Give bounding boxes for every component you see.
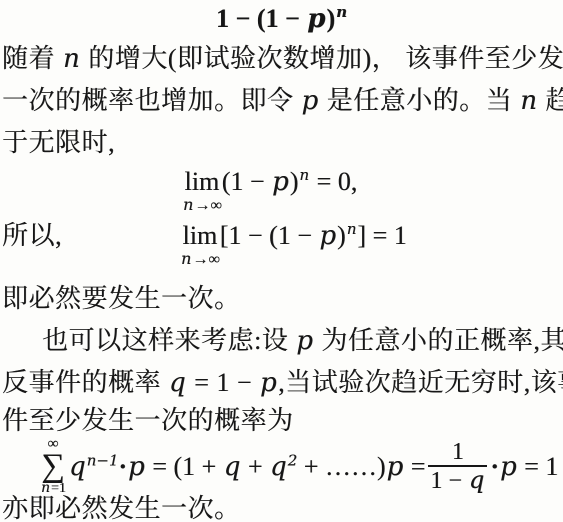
text: 也可以这样来考虑:设 [42, 326, 295, 355]
variable-q: q [68, 452, 87, 482]
text: 随着 [2, 44, 62, 73]
variable-n: n [182, 195, 194, 214]
formula-text: ) [337, 221, 346, 250]
formula-text: = 1 − [187, 368, 259, 397]
fraction: 11 − q [428, 440, 487, 494]
para1-line1: 随着 n 的增大(即试验次数增加)， 该事件至少发生 [2, 38, 562, 80]
limit-body: (1 − p)n = 0, [222, 167, 358, 197]
para1-line2: 一次的概率也增加。即令 p 是任意小的。当 n 趋近 [2, 80, 562, 122]
scanned-book-page: 1 − (1 − p)n 随着 n 的增大(即试验次数增加)， 该事件至少发生 … [0, 0, 563, 522]
formula-text: + ……) [297, 452, 385, 481]
multiplication-dot: · [118, 452, 127, 481]
formula-text: [1 − (1 − [220, 221, 319, 250]
formula-text: 1 − [430, 468, 468, 494]
variable-p: p [301, 86, 320, 116]
formula-limit-zero: limn→∞(1 − p)n = 0, [182, 167, 562, 214]
para2-line: 即必然要发生一次。 [2, 278, 562, 320]
variable-n: n [180, 249, 192, 268]
variable-p: p [259, 368, 278, 398]
formula-text: ) [326, 4, 335, 33]
lim-word: lim [185, 167, 220, 197]
arrow-infinity: →∞ [194, 197, 221, 214]
exponent-n: n [335, 3, 348, 21]
exponent-n-minus-1: n−1 [87, 451, 119, 469]
variable-p: p [295, 326, 314, 356]
text: 于无限时, [2, 128, 115, 157]
limit-body: [1 − (1 − p)n] = 1 [220, 221, 407, 251]
para3-line2: 反事件的概率 q = 1 − p,当试验次趋近无穷时,该事 [2, 362, 562, 404]
para3-line3: 件至少发生一次的概率为 [2, 404, 562, 438]
variable-p: p [306, 4, 326, 34]
text: 即必然要发生一次。 [2, 284, 241, 313]
para4-line: 亦即必然发生一次。 [2, 496, 562, 522]
fraction-denominator: 1 − q [428, 465, 487, 494]
variable-q: q [223, 452, 242, 482]
exponent-n: n [298, 166, 310, 184]
variable-p: p [271, 167, 290, 197]
text: 是任意小的。当 [320, 86, 520, 115]
para3-line1: 也可以这样来考虑:设 p 为任意小的正概率,其 [2, 320, 562, 362]
variable-q: q [468, 466, 485, 494]
fraction-numerator: 1 [442, 440, 474, 465]
formula-summation: ∞∑n=1qn−1·p = (1 + q + q2 + ……)p = 11 − … [40, 438, 562, 496]
variable-p: p [499, 452, 518, 482]
text: 为任意小的正概率,其 [314, 326, 563, 355]
formula-limit-one-row: 所以,limn→∞[1 − (1 − p)n] = 1 [2, 221, 562, 268]
sum-body-left: qn−1·p = (1 + q + q2 + ……)p = [68, 452, 425, 482]
variable-p: p [386, 452, 405, 482]
variable-p: p [127, 452, 146, 482]
formula-text: + [241, 452, 269, 481]
formula-text: = 1 [518, 452, 559, 481]
arrow-infinity: →∞ [192, 251, 219, 268]
formula-text: = 0, [310, 167, 357, 196]
sum-operator: ∞∑n=1 [40, 438, 66, 496]
variable-q: q [269, 452, 288, 482]
multiplication-dot: · [490, 452, 499, 481]
text: 件至少发生一次的概率为 [2, 406, 294, 435]
variable-n: n [519, 86, 538, 116]
para1-line3: 于无限时, [2, 122, 562, 164]
text: 趋近 [538, 86, 563, 115]
text: 亦即必然发生一次。 [2, 494, 241, 522]
limit-subscript: n→∞ [180, 250, 220, 268]
variable-q: q [168, 368, 187, 398]
sum-body-right: ·p = 1 [490, 452, 558, 482]
limit-operator: limn→∞ [180, 221, 220, 268]
limit-subscript: n→∞ [182, 196, 222, 214]
sigma-symbol: ∑ [41, 451, 65, 481]
variable-n: n [62, 44, 81, 74]
text: ,当试验次趋近无穷时,该事 [278, 368, 563, 397]
formula-text: 1 − (1 − [216, 4, 306, 33]
text: 的增大(即试验次数增加)， 该事件至少发生 [81, 44, 563, 73]
lim-word: lim [183, 221, 218, 251]
formula-text: = (1 + [146, 452, 223, 481]
formula-one-minus: 1 − (1 − p)n [2, 2, 562, 38]
suoyi-label: 所以, [2, 221, 180, 251]
variable-p: p [318, 221, 337, 251]
limit-operator: limn→∞ [182, 167, 222, 214]
formula-text: (1 − [222, 167, 271, 196]
formula-text: = [404, 452, 425, 481]
formula-text: ] [357, 221, 366, 250]
text: 一次的概率也增加。即令 [2, 86, 301, 115]
exponent-n: n [346, 220, 358, 238]
text: 反事件的概率 [2, 368, 168, 397]
formula-text: = 1 [366, 221, 407, 250]
exponent-2: 2 [288, 451, 298, 469]
